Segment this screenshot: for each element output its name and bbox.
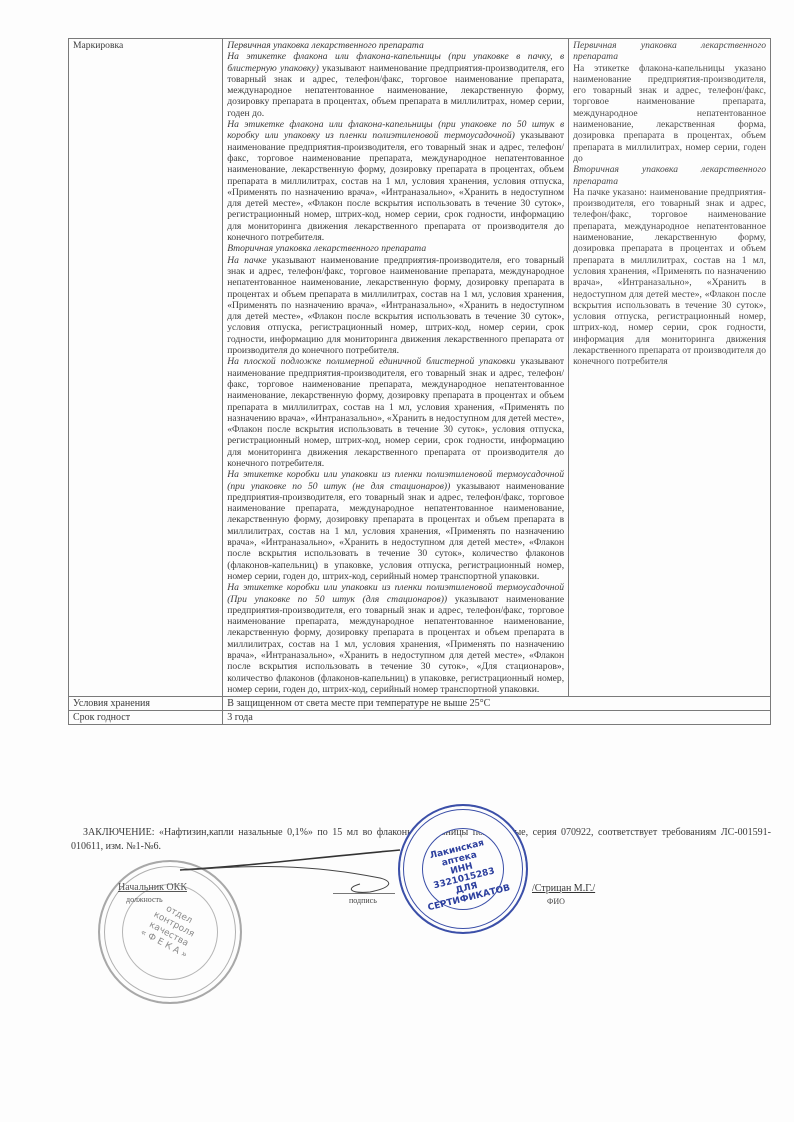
spec-paragraph-4: На плоской подложке полимерной единичной… [227,356,564,469]
result-primary-heading: Первичная упаковка лекарственного препар… [573,40,766,63]
stamp-right-center-text: Лакинская аптека ИНН 3321015283 ДЛЯ СЕРТ… [414,834,512,913]
result-primary-text: На этикетке флакона-капельницы указано н… [573,63,766,165]
secondary-packaging-heading: Вторичная упаковка лекарственного препар… [227,243,564,254]
storage-value: В защищенном от света месте при температ… [223,697,771,711]
signer-name-label: ФИО [547,897,565,906]
specification-table: Маркировка Первичная упаковка лекарствен… [68,38,771,725]
marking-label: Маркировка [73,40,123,51]
signature-line [333,893,395,894]
result-secondary-heading: Вторичная упаковка лекарственного препар… [573,164,766,187]
row-label-marking: Маркировка [69,39,223,697]
test-result-cell: Первичная упаковка лекарственного препар… [569,39,771,697]
signature-scribble [170,848,420,908]
pharmacy-stamp: Лакинская аптека ИНН 3321015283 ДЛЯ СЕРТ… [398,804,528,934]
table-row-storage: Условия хранения В защищенном от света м… [69,697,771,711]
spec-paragraph-6: На этикетке коробки или упаковки из плен… [227,582,564,695]
row-label-storage: Условия хранения [69,697,223,711]
document-page: Маркировка Первичная упаковка лекарствен… [0,0,794,1122]
result-secondary-text: На пачке указано: наименование предприят… [573,187,766,368]
spec-requirements-cell: Первичная упаковка лекарственного препар… [223,39,569,697]
spec-paragraph-2: На этикетке флакона или флакона-капельни… [227,119,564,243]
spec-paragraph-1: На этикетке флакона или флакона-капельни… [227,51,564,119]
shelf-life-value: 3 года [223,711,771,725]
signer-position-label: должность [126,895,163,904]
spec-paragraph-5: На этикетке коробки или упаковки из плен… [227,469,564,582]
row-label-shelf-life: Срок годност [69,711,223,725]
table-row-shelf-life: Срок годност 3 года [69,711,771,725]
spec-paragraph-3: На пачке указывают наименование предприя… [227,255,564,357]
table-row-marking: Маркировка Первичная упаковка лекарствен… [69,39,771,697]
signature-label: подпись [349,896,377,905]
signer-name: /Стрицан М.Г./ [532,883,595,894]
primary-packaging-heading: Первичная упаковка лекарственного препар… [227,40,564,51]
